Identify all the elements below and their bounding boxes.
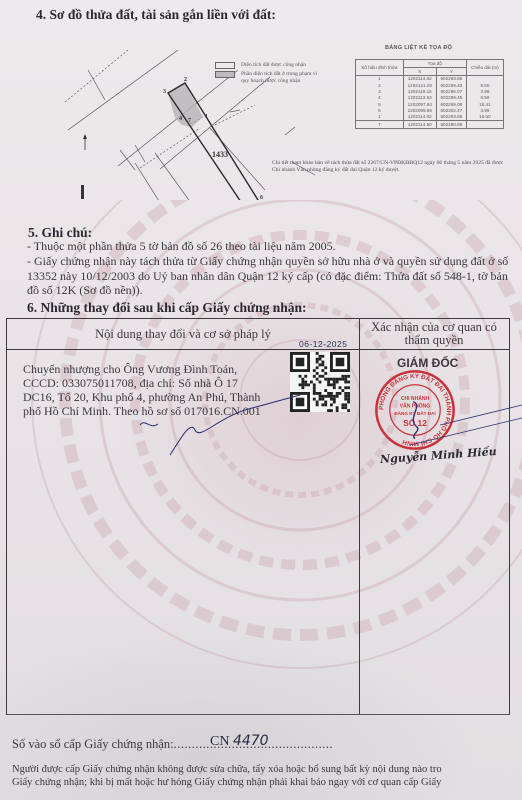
- coord-table-title: BẢNG LIỆT KÊ TỌA ĐỘ: [385, 45, 452, 51]
- note-line: - Giấy chứng nhận này tách thửa từ Giấy …: [27, 254, 517, 298]
- table-row: 61202099.95602302.473.99: [356, 107, 504, 113]
- note-line: - Thuộc một phần thửa 5 tờ bản đồ số 26 …: [27, 239, 517, 254]
- notes-list: - Thuộc một phần thửa 5 tờ bản đồ số 26 …: [27, 239, 517, 298]
- svg-text:3: 3: [163, 89, 166, 95]
- qr-code[interactable]: [290, 352, 350, 412]
- svg-text:6: 6: [260, 195, 263, 200]
- registration-line: Số vào sổ cấp Giấy chứng nhận:..........…: [12, 737, 333, 752]
- table-row: 51202097.64602299.0818.41: [356, 101, 504, 107]
- diagram-note: Chi tiết tham khảo bản vẽ tách thửa đất …: [272, 160, 512, 174]
- table-row: 11202114.02602293.8516.50: [356, 114, 504, 120]
- date-stamp: 06-12-2025: [299, 339, 347, 349]
- official-red-seal: PHÒNG ĐĂNG KÝ ĐẤT ĐAI THÀNH PHỐ HỒ CHÍ M…: [373, 368, 457, 452]
- parcel-number: 1433: [212, 150, 228, 159]
- header-divider: [7, 349, 509, 350]
- svg-text:7: 7: [188, 118, 191, 124]
- section-6-title: 6. Những thay đổi sau khi cấp Giấy chứng…: [27, 300, 307, 316]
- table-row: 31202119.15602286.073.99: [356, 88, 504, 94]
- legend-swatch-planning: [215, 71, 235, 78]
- header-authority-confirmation: Xác nhận của cơ quan có thẩm quyền: [359, 321, 509, 347]
- change-entry-content: Chuyển nhượng cho Ông Vương Đình Toán, C…: [23, 362, 268, 418]
- svg-text:1: 1: [205, 114, 208, 120]
- table-row: 41202113.53602289.456.59: [356, 95, 504, 101]
- section-4-title: 4. Sơ đồ thửa đất, tài sản gắn liền với …: [36, 7, 276, 23]
- changes-table: Nội dung thay đổi và cơ sở pháp lý Xác n…: [6, 318, 510, 715]
- warning-text: Người được cấp Giấy chứng nhận không đượ…: [12, 763, 522, 789]
- svg-text:2: 2: [184, 77, 187, 83]
- column-divider: [359, 319, 360, 714]
- svg-text:SỐ 12: SỐ 12: [403, 417, 427, 428]
- table-row: 7 1202114.50 602290.96: [356, 120, 504, 128]
- svg-text:4: 4: [179, 116, 182, 122]
- svg-text:CHI NHÁNH: CHI NHÁNH: [401, 395, 430, 402]
- coordinate-table: Số hiệu đỉnh thửa Tọa độ Chiều dài (m) X…: [355, 59, 504, 129]
- legend-swatch-recognized: [215, 62, 235, 69]
- diagram-legend: Diện tích đất được công nhận Phần diện t…: [215, 62, 326, 87]
- registration-number: CN 4470: [210, 733, 269, 750]
- table-row: 21202121.28602289.408.50: [356, 82, 504, 88]
